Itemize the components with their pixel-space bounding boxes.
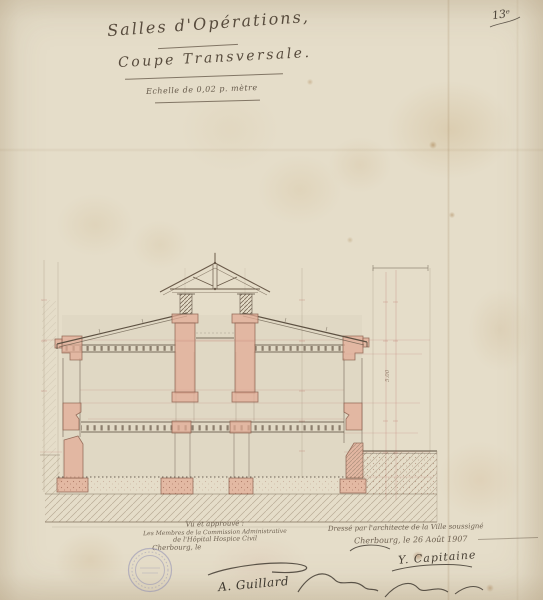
- lantern-truss: [160, 253, 270, 295]
- dimension-text: 5.00: [385, 369, 391, 382]
- approval-note: Vu et approuvé : Les Membres de la Commi…: [130, 520, 300, 553]
- interior-wash: [62, 315, 362, 477]
- scanned-drawing-sheet: 5.00 13ᵉ Salles d'Opérations, Coupe Tran…: [0, 0, 543, 600]
- section-drawing: 5.00: [0, 0, 543, 600]
- folio-number: 13ᵉ: [491, 7, 511, 22]
- dimension-label: 5.00: [385, 369, 391, 382]
- clerestory-posts: [177, 294, 255, 314]
- architect-note: Dressé par l'architecte de la Ville sous…: [328, 522, 543, 545]
- architect-line-1: Dressé par l'architecte de la Ville sous…: [328, 522, 543, 533]
